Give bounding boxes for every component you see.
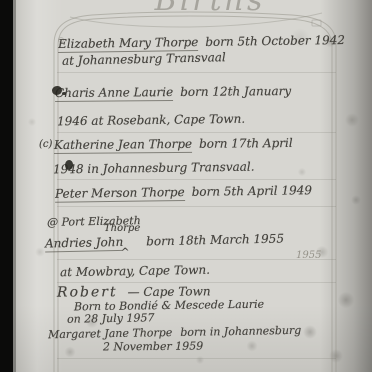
- register-entry-line: at Mowbray, Cape Town.: [60, 263, 210, 280]
- entry-name: Katherine Jean Thorpe: [54, 137, 192, 154]
- entry-name: Peter Merson Thorpe: [55, 185, 185, 203]
- ruled-line: [57, 358, 336, 359]
- entry-name: Robert: [57, 284, 118, 301]
- entry-text: born 5th October 1942: [205, 33, 345, 49]
- births-register-page: Births Elizabeth Mary Thorpeborn 5th Oct…: [0, 0, 372, 372]
- register-entry-line: on 28 July 1957: [67, 311, 155, 326]
- entry-text: — Cape Town: [127, 284, 210, 299]
- register-entry-line: Katherine Jean Thorpeborn 17th April: [54, 136, 293, 152]
- entry-text: born 12th January: [180, 84, 291, 99]
- page-title: Births: [140, 0, 280, 18]
- register-entry-line: Charis Anne Laurieborn 12th January: [55, 84, 291, 100]
- ruled-line: [57, 206, 336, 207]
- entry-name: Charis Anne Laurie: [55, 85, 173, 102]
- margin-note: (c): [39, 139, 52, 150]
- ruled-line: [57, 179, 336, 180]
- ruled-line: [57, 259, 336, 260]
- ruled-line: [57, 72, 336, 73]
- entry-text: born 17th April: [199, 136, 293, 151]
- page-edge-shadow: [13, 0, 16, 372]
- pencil-annotation: 1955: [296, 250, 321, 261]
- book-gutter-shadow: [0, 0, 13, 372]
- entry-text: born in Johannesburg: [180, 324, 301, 339]
- register-entry-line: 2 November 1959: [103, 340, 203, 354]
- inserted-word: Thorpe: [104, 223, 140, 234]
- insertion-caret: ^: [121, 247, 129, 258]
- register-entry-line: 1948 in Johannesburg Transvaal.: [53, 160, 255, 177]
- entry-name: Margaret Jane Thorpe: [48, 326, 172, 341]
- register-entry-line: 1946 at Rosebank, Cape Town.: [57, 112, 245, 129]
- entry-text: born 5th April 1949: [192, 183, 312, 199]
- ruled-line: [57, 132, 336, 133]
- entry-name: Andries John: [45, 235, 124, 253]
- register-entry-line: Born to Bondié & Mescede Laurie: [74, 298, 264, 314]
- entry-text: born 18th March 1955: [146, 231, 284, 248]
